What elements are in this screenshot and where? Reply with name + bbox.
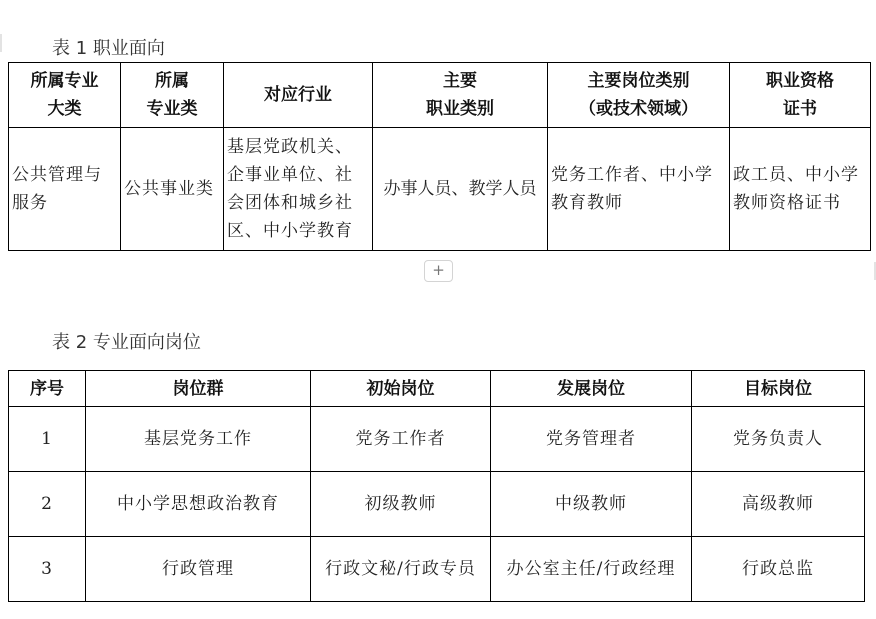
table-cell[interactable]: 2: [9, 472, 86, 537]
table-cell[interactable]: 党务负责人: [692, 407, 865, 472]
table-cell[interactable]: 公共管理与服务: [9, 128, 121, 251]
table-cell[interactable]: 行政文秘/行政专员: [311, 537, 491, 602]
table-cell[interactable]: 基层党政机关、企事业单位、社会团体和城乡社区、中小学教育: [224, 128, 373, 251]
table-header-row: 序号 岗位群 初始岗位 发展岗位 目标岗位: [9, 371, 865, 407]
table-row: 3 行政管理 行政文秘/行政专员 办公室主任/行政经理 行政总监: [9, 537, 865, 602]
margin-marker: [0, 34, 2, 52]
header-cell: 序号: [9, 371, 86, 407]
table-cell[interactable]: 3: [9, 537, 86, 602]
career-orientation-table: 所属专业大类 所属专业类 对应行业 主要职业类别 主要岗位类别（或技术领域） 职…: [8, 62, 871, 251]
header-cell: 发展岗位: [491, 371, 692, 407]
job-positions-table: 序号 岗位群 初始岗位 发展岗位 目标岗位 1 基层党务工作 党务工作者 党务管…: [8, 370, 865, 602]
table-cell[interactable]: 党务工作者: [311, 407, 491, 472]
table-cell[interactable]: 党务管理者: [491, 407, 692, 472]
table-header-row: 所属专业大类 所属专业类 对应行业 主要职业类别 主要岗位类别（或技术领域） 职…: [9, 63, 871, 128]
table-cell[interactable]: 中级教师: [491, 472, 692, 537]
table-cell[interactable]: 办事人员、教学人员: [373, 128, 548, 251]
table-cell[interactable]: 党务工作者、中小学教育教师: [548, 128, 730, 251]
table-cell[interactable]: 中小学思想政治教育: [86, 472, 311, 537]
header-cell: 主要职业类别: [373, 63, 548, 128]
header-cell: 目标岗位: [692, 371, 865, 407]
header-cell: 对应行业: [224, 63, 373, 128]
table-row: 公共管理与服务 公共事业类 基层党政机关、企事业单位、社会团体和城乡社区、中小学…: [9, 128, 871, 251]
table1-caption: 表 1 职业面向: [52, 34, 165, 60]
table-cell[interactable]: 1: [9, 407, 86, 472]
table-cell[interactable]: 行政总监: [692, 537, 865, 602]
table-row: 2 中小学思想政治教育 初级教师 中级教师 高级教师: [9, 472, 865, 537]
header-cell: 主要岗位类别（或技术领域）: [548, 63, 730, 128]
table-cell[interactable]: 行政管理: [86, 537, 311, 602]
header-cell: 职业资格证书: [730, 63, 871, 128]
table-cell[interactable]: 基层党务工作: [86, 407, 311, 472]
table2-caption: 表 2 专业面向岗位: [52, 328, 201, 354]
table-cell[interactable]: 公共事业类: [121, 128, 224, 251]
table-cell[interactable]: 高级教师: [692, 472, 865, 537]
table-row: 1 基层党务工作 党务工作者 党务管理者 党务负责人: [9, 407, 865, 472]
header-cell: 岗位群: [86, 371, 311, 407]
header-cell: 初始岗位: [311, 371, 491, 407]
header-cell: 所属专业类: [121, 63, 224, 128]
header-cell: 所属专业大类: [9, 63, 121, 128]
add-row-button[interactable]: +: [424, 260, 453, 282]
table-cell[interactable]: 初级教师: [311, 472, 491, 537]
table-cell[interactable]: 政工员、中小学教师资格证书: [730, 128, 871, 251]
table-cell[interactable]: 办公室主任/行政经理: [491, 537, 692, 602]
